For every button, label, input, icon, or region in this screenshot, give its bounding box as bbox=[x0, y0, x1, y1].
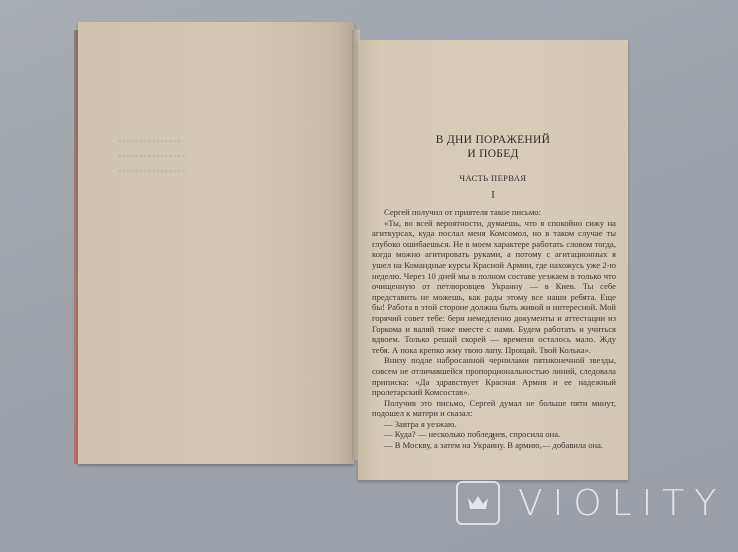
paragraph: Внизу подле набросанной чернилами пятико… bbox=[372, 355, 616, 397]
body-text: Сергей получил от приятеля такое письмо:… bbox=[372, 207, 616, 451]
left-page bbox=[78, 22, 354, 464]
chapter-title: В ДНИ ПОРАЖЕНИЙ И ПОБЕД bbox=[358, 133, 628, 161]
crown-icon bbox=[456, 481, 500, 525]
paragraph: Сергей получил от приятеля такое письмо: bbox=[372, 207, 616, 218]
right-page: В ДНИ ПОРАЖЕНИЙ И ПОБЕД ЧАСТЬ ПЕРВАЯ I С… bbox=[358, 40, 628, 480]
page-number: 5 bbox=[358, 433, 628, 442]
bleed-line: ............... bbox=[118, 130, 298, 145]
title-line: В ДНИ ПОРАЖЕНИЙ bbox=[358, 133, 628, 147]
bleed-through-text: ............... ................ .......… bbox=[118, 130, 298, 175]
paragraph: Получив это письмо, Сергей думал не боль… bbox=[372, 398, 616, 419]
title-line: И ПОБЕД bbox=[358, 147, 628, 161]
bleed-line: ................ bbox=[118, 145, 298, 160]
part-label: ЧАСТЬ ПЕРВАЯ bbox=[358, 173, 628, 183]
bleed-line: ................ bbox=[118, 160, 298, 175]
watermark-text: VIOLITY bbox=[518, 483, 726, 524]
paragraph: — Завтра я уезжаю. bbox=[372, 419, 616, 430]
watermark: VIOLITY bbox=[456, 481, 726, 525]
chapter-number: I bbox=[358, 190, 628, 201]
paragraph: «Ты, во всей вероятности, думаешь, что я… bbox=[372, 218, 616, 356]
open-book: ............... ................ .......… bbox=[0, 0, 738, 552]
